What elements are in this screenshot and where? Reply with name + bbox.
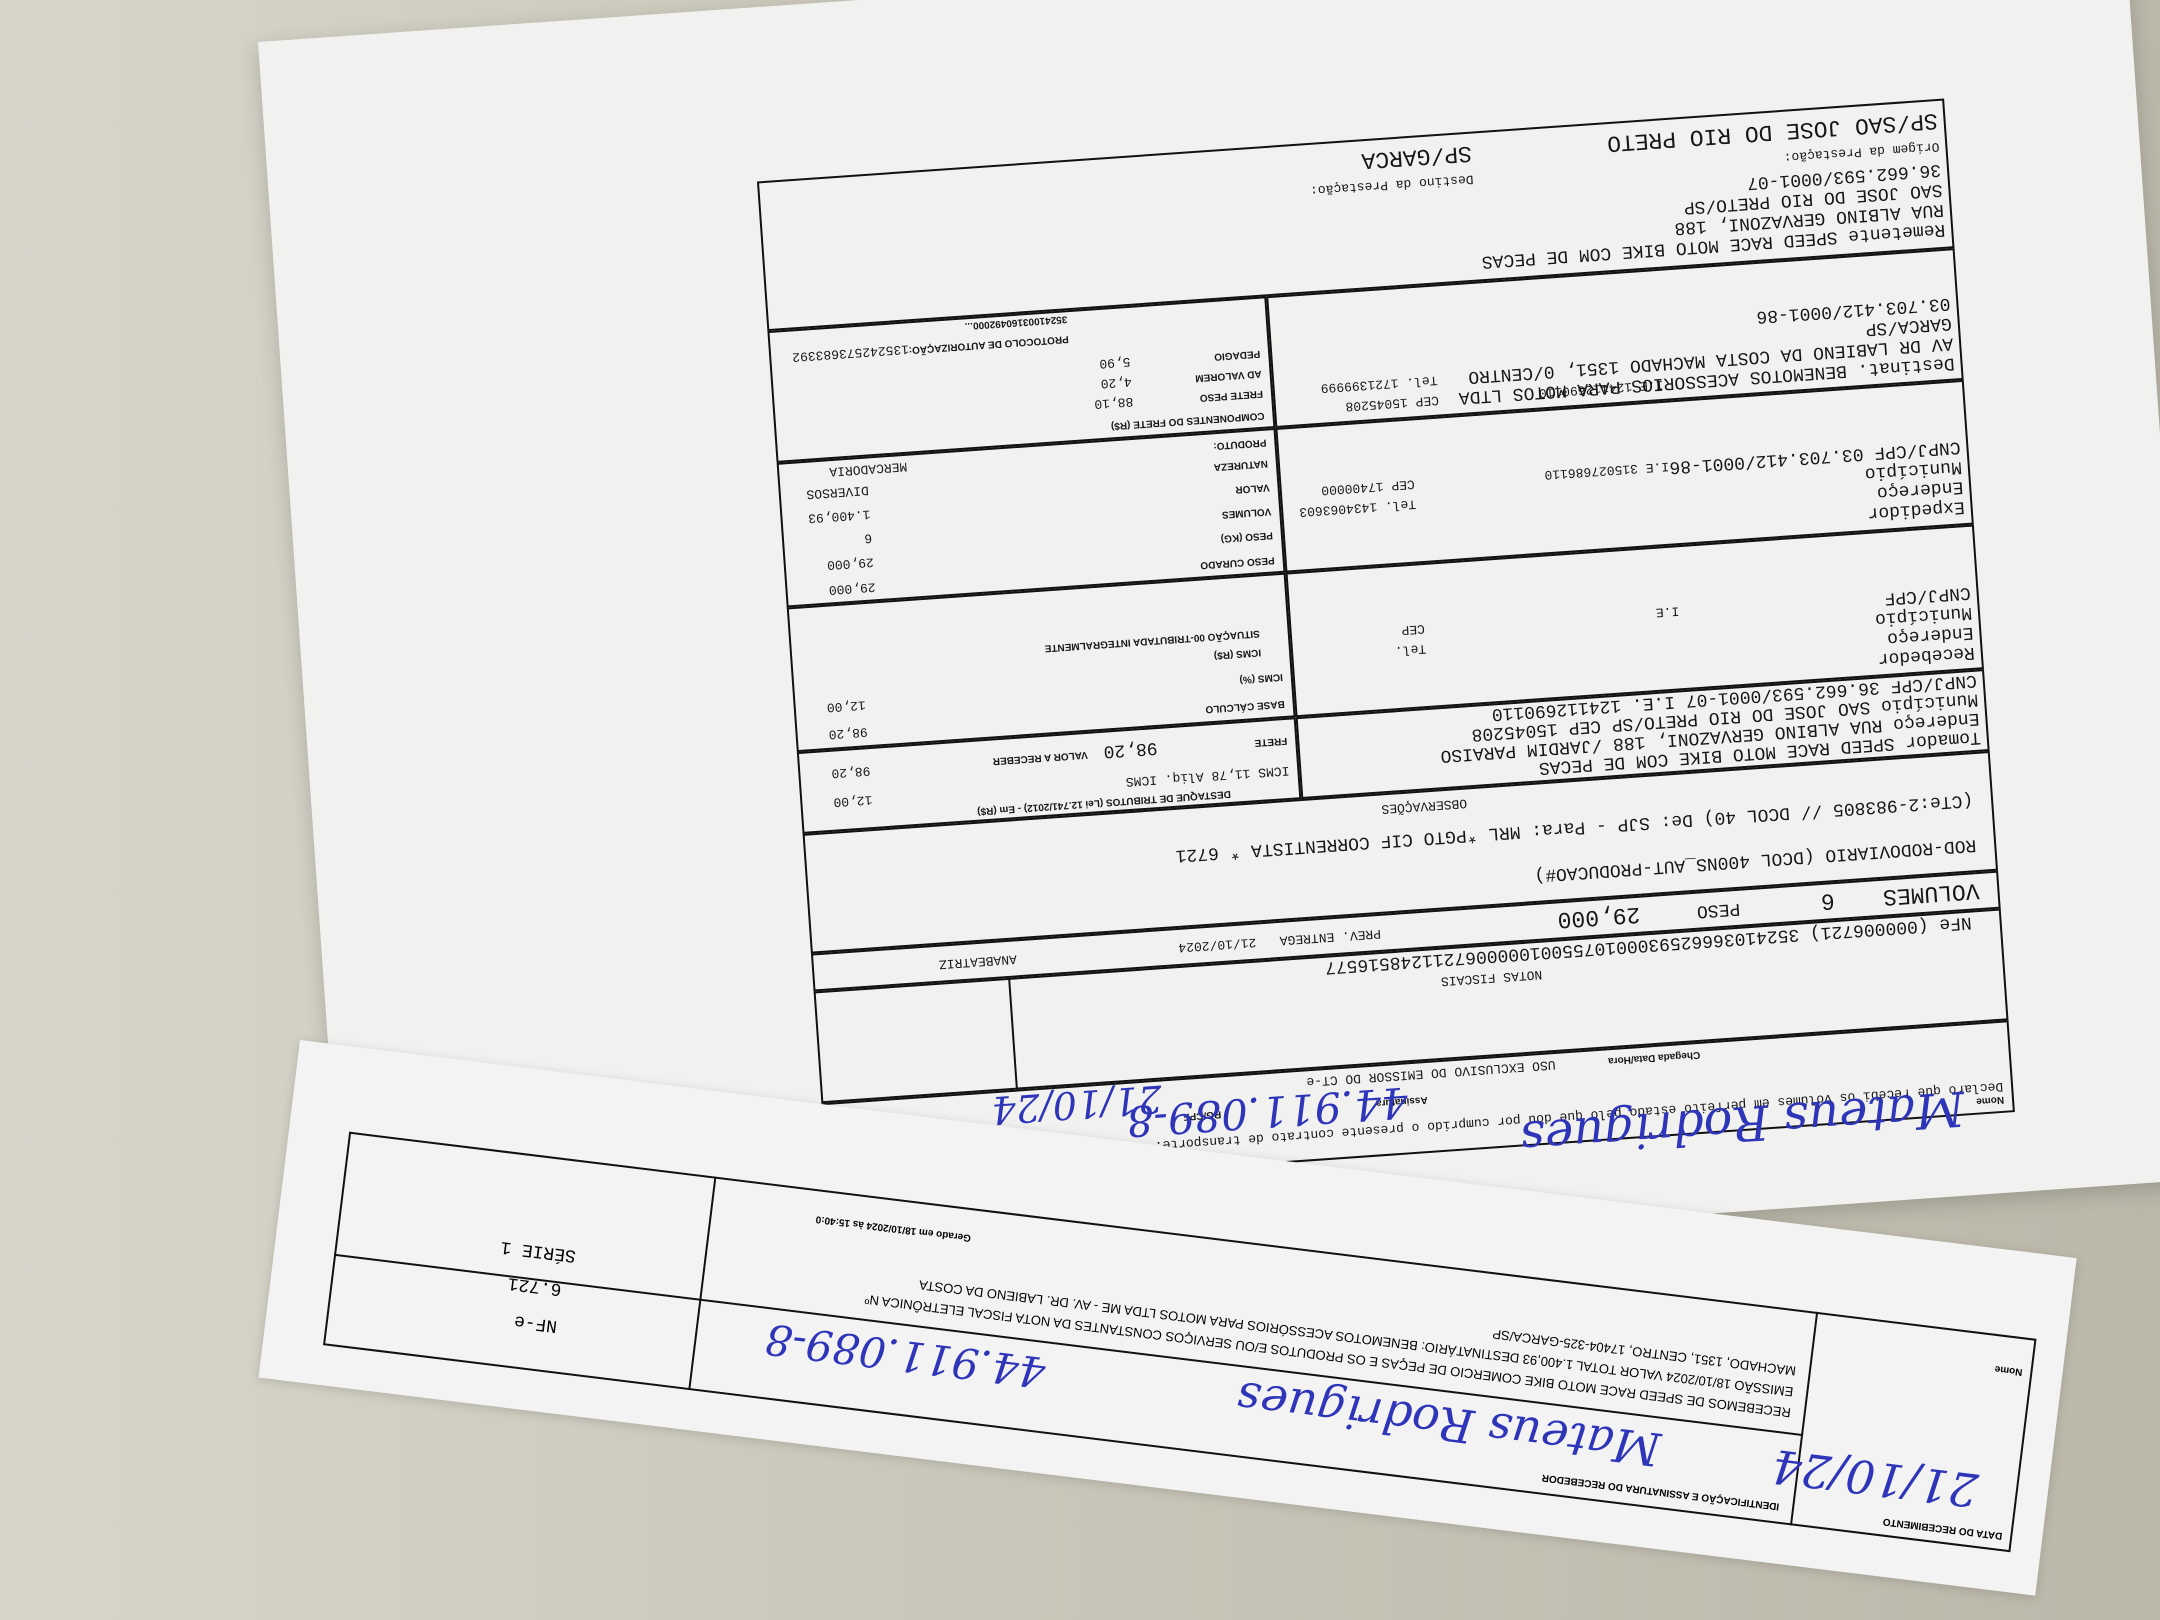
tomador-ie-label: I.E. xyxy=(1631,691,1676,714)
component-value: 88,10 xyxy=(1094,393,1134,411)
receiver-ie-label: I.E xyxy=(1655,602,1679,619)
goods-value-label: VALOR xyxy=(1235,481,1270,495)
goods-value: 1.400,93 xyxy=(808,506,871,525)
component-value: 5,90 xyxy=(1099,353,1131,370)
base-calc-value: 98,20 xyxy=(828,723,868,741)
weight-label: PESO xyxy=(1696,897,1741,921)
icms-pct-value: 12,00 xyxy=(826,696,866,714)
receipt-name-label: Nome xyxy=(1976,1093,2005,1106)
aliquota-value: 12,00 xyxy=(833,791,873,809)
goods-volumes-value: 6 xyxy=(864,529,873,544)
curado-value: 29,000 xyxy=(828,578,876,596)
icms-label: ICMS xyxy=(1258,763,1290,780)
cte-content: Declaro que recebi os volumes em perfeit… xyxy=(388,95,2015,1221)
icms-value: 11,78 xyxy=(1211,766,1251,784)
tomador-cep-label: CEP xyxy=(1568,715,1602,737)
goods-nature: DIVERSOS xyxy=(806,482,869,501)
receiver-cep-label: CEP xyxy=(1401,620,1425,637)
receiver-tel-label: Tel. xyxy=(1394,640,1426,657)
frete-label: FRETE xyxy=(1254,734,1288,748)
goods-weight-value: 29,000 xyxy=(826,553,874,571)
valor-receber-value: 98,20 xyxy=(831,762,871,780)
frete-value: 98,20 xyxy=(1103,736,1158,760)
volumes-value: 6 xyxy=(1820,887,1836,914)
component-value: 4,20 xyxy=(1100,373,1132,390)
